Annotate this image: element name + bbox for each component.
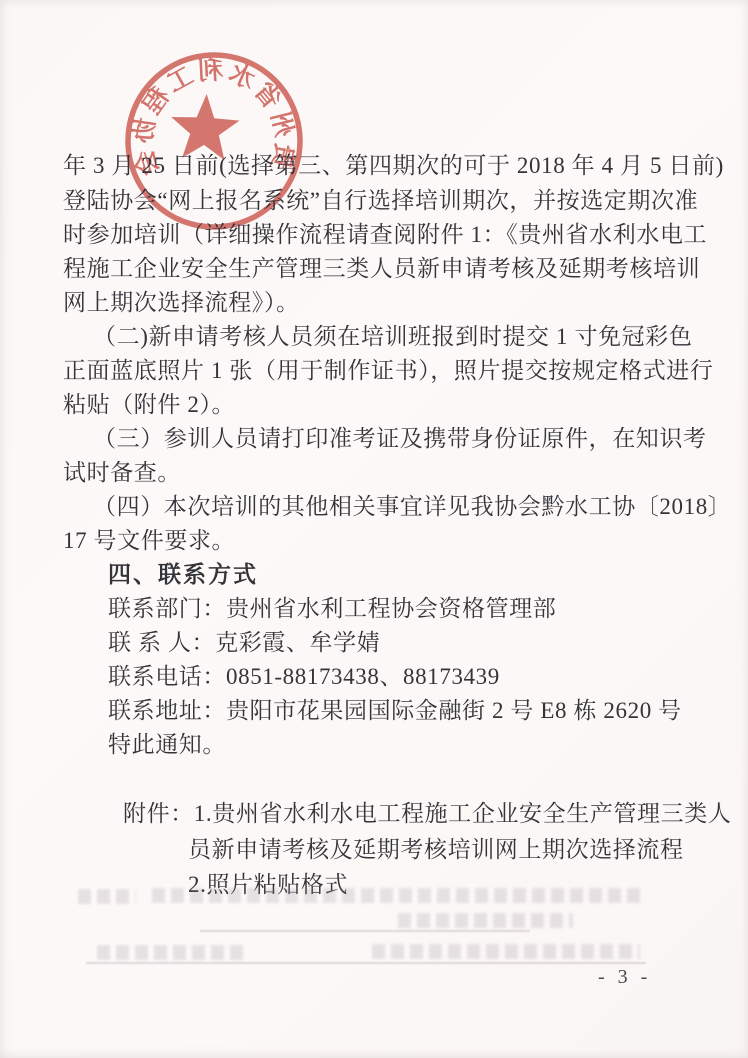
page-number: - 3 - bbox=[598, 966, 688, 989]
body-line: 试时备查。 bbox=[63, 454, 703, 487]
body-line: 程施工企业安全生产管理三类人员新申请考核及延期考核培训 bbox=[63, 250, 703, 283]
attachment-line-1: 附件：1.贵州省水利水电工程施工企业安全生产管理三类人 bbox=[123, 795, 748, 828]
body-line: 时参加培训（详细操作流程请查阅附件 1：《贵州省水利水电工 bbox=[63, 216, 703, 249]
bleed-through-rule bbox=[200, 930, 530, 932]
contact-phone: 联系电话：0851-88173438、88173439 bbox=[63, 658, 748, 691]
body-line: （三）参训人员请打印准考证及携带身份证原件，在知识考 bbox=[63, 420, 733, 453]
bleed-through-text bbox=[398, 913, 573, 928]
body-line: 网上期次选择流程》）。 bbox=[63, 284, 703, 317]
body-line: （四）本次培训的其他相关事宜详见我协会黔水工协〔2018〕 bbox=[63, 488, 733, 521]
bleed-through-text bbox=[372, 944, 640, 959]
attachment-line-1-cont: 员新申请考核及延期考核培训网上期次选择流程 bbox=[188, 831, 748, 864]
body-line: 正面蓝底照片 1 张（用于制作证书），照片提交按规定格式进行 bbox=[63, 352, 703, 385]
closing-line: 特此通知。 bbox=[63, 726, 748, 759]
body-line: 粘贴（附件 2）。 bbox=[63, 386, 703, 419]
body-line: （二)新申请考核人员须在培训班报到时提交 1 寸免冠彩色 bbox=[63, 318, 733, 351]
bleed-through-text bbox=[97, 945, 249, 960]
contact-address: 联系地址：贵阳市花果园国际金融街 2 号 E8 栋 2620 号 bbox=[63, 692, 748, 725]
body-line: 登陆协会“网上报名系统”自行选择培训期次，并按选定期次准 bbox=[63, 182, 703, 215]
body-line: 年 3 月 25 日前(选择第三、第四期次的可于 2018 年 4 月 5 日前… bbox=[63, 147, 703, 180]
contact-department: 联系部门：贵州省水利工程协会资格管理部 bbox=[63, 590, 748, 623]
bleed-through-text bbox=[78, 889, 136, 904]
bleed-through-text bbox=[152, 888, 640, 903]
contact-person: 联 系 人：克彩霞、牟学婧 bbox=[63, 624, 748, 657]
bleed-through-rule bbox=[86, 962, 646, 964]
document-page: 贵州省水利工程协会 年 3 月 25 日前(选择第三、第四期次的可于 2018 … bbox=[0, 0, 748, 1058]
section-heading: 四、联系方式 bbox=[63, 556, 748, 589]
body-line: 17 号文件要求。 bbox=[63, 522, 703, 555]
